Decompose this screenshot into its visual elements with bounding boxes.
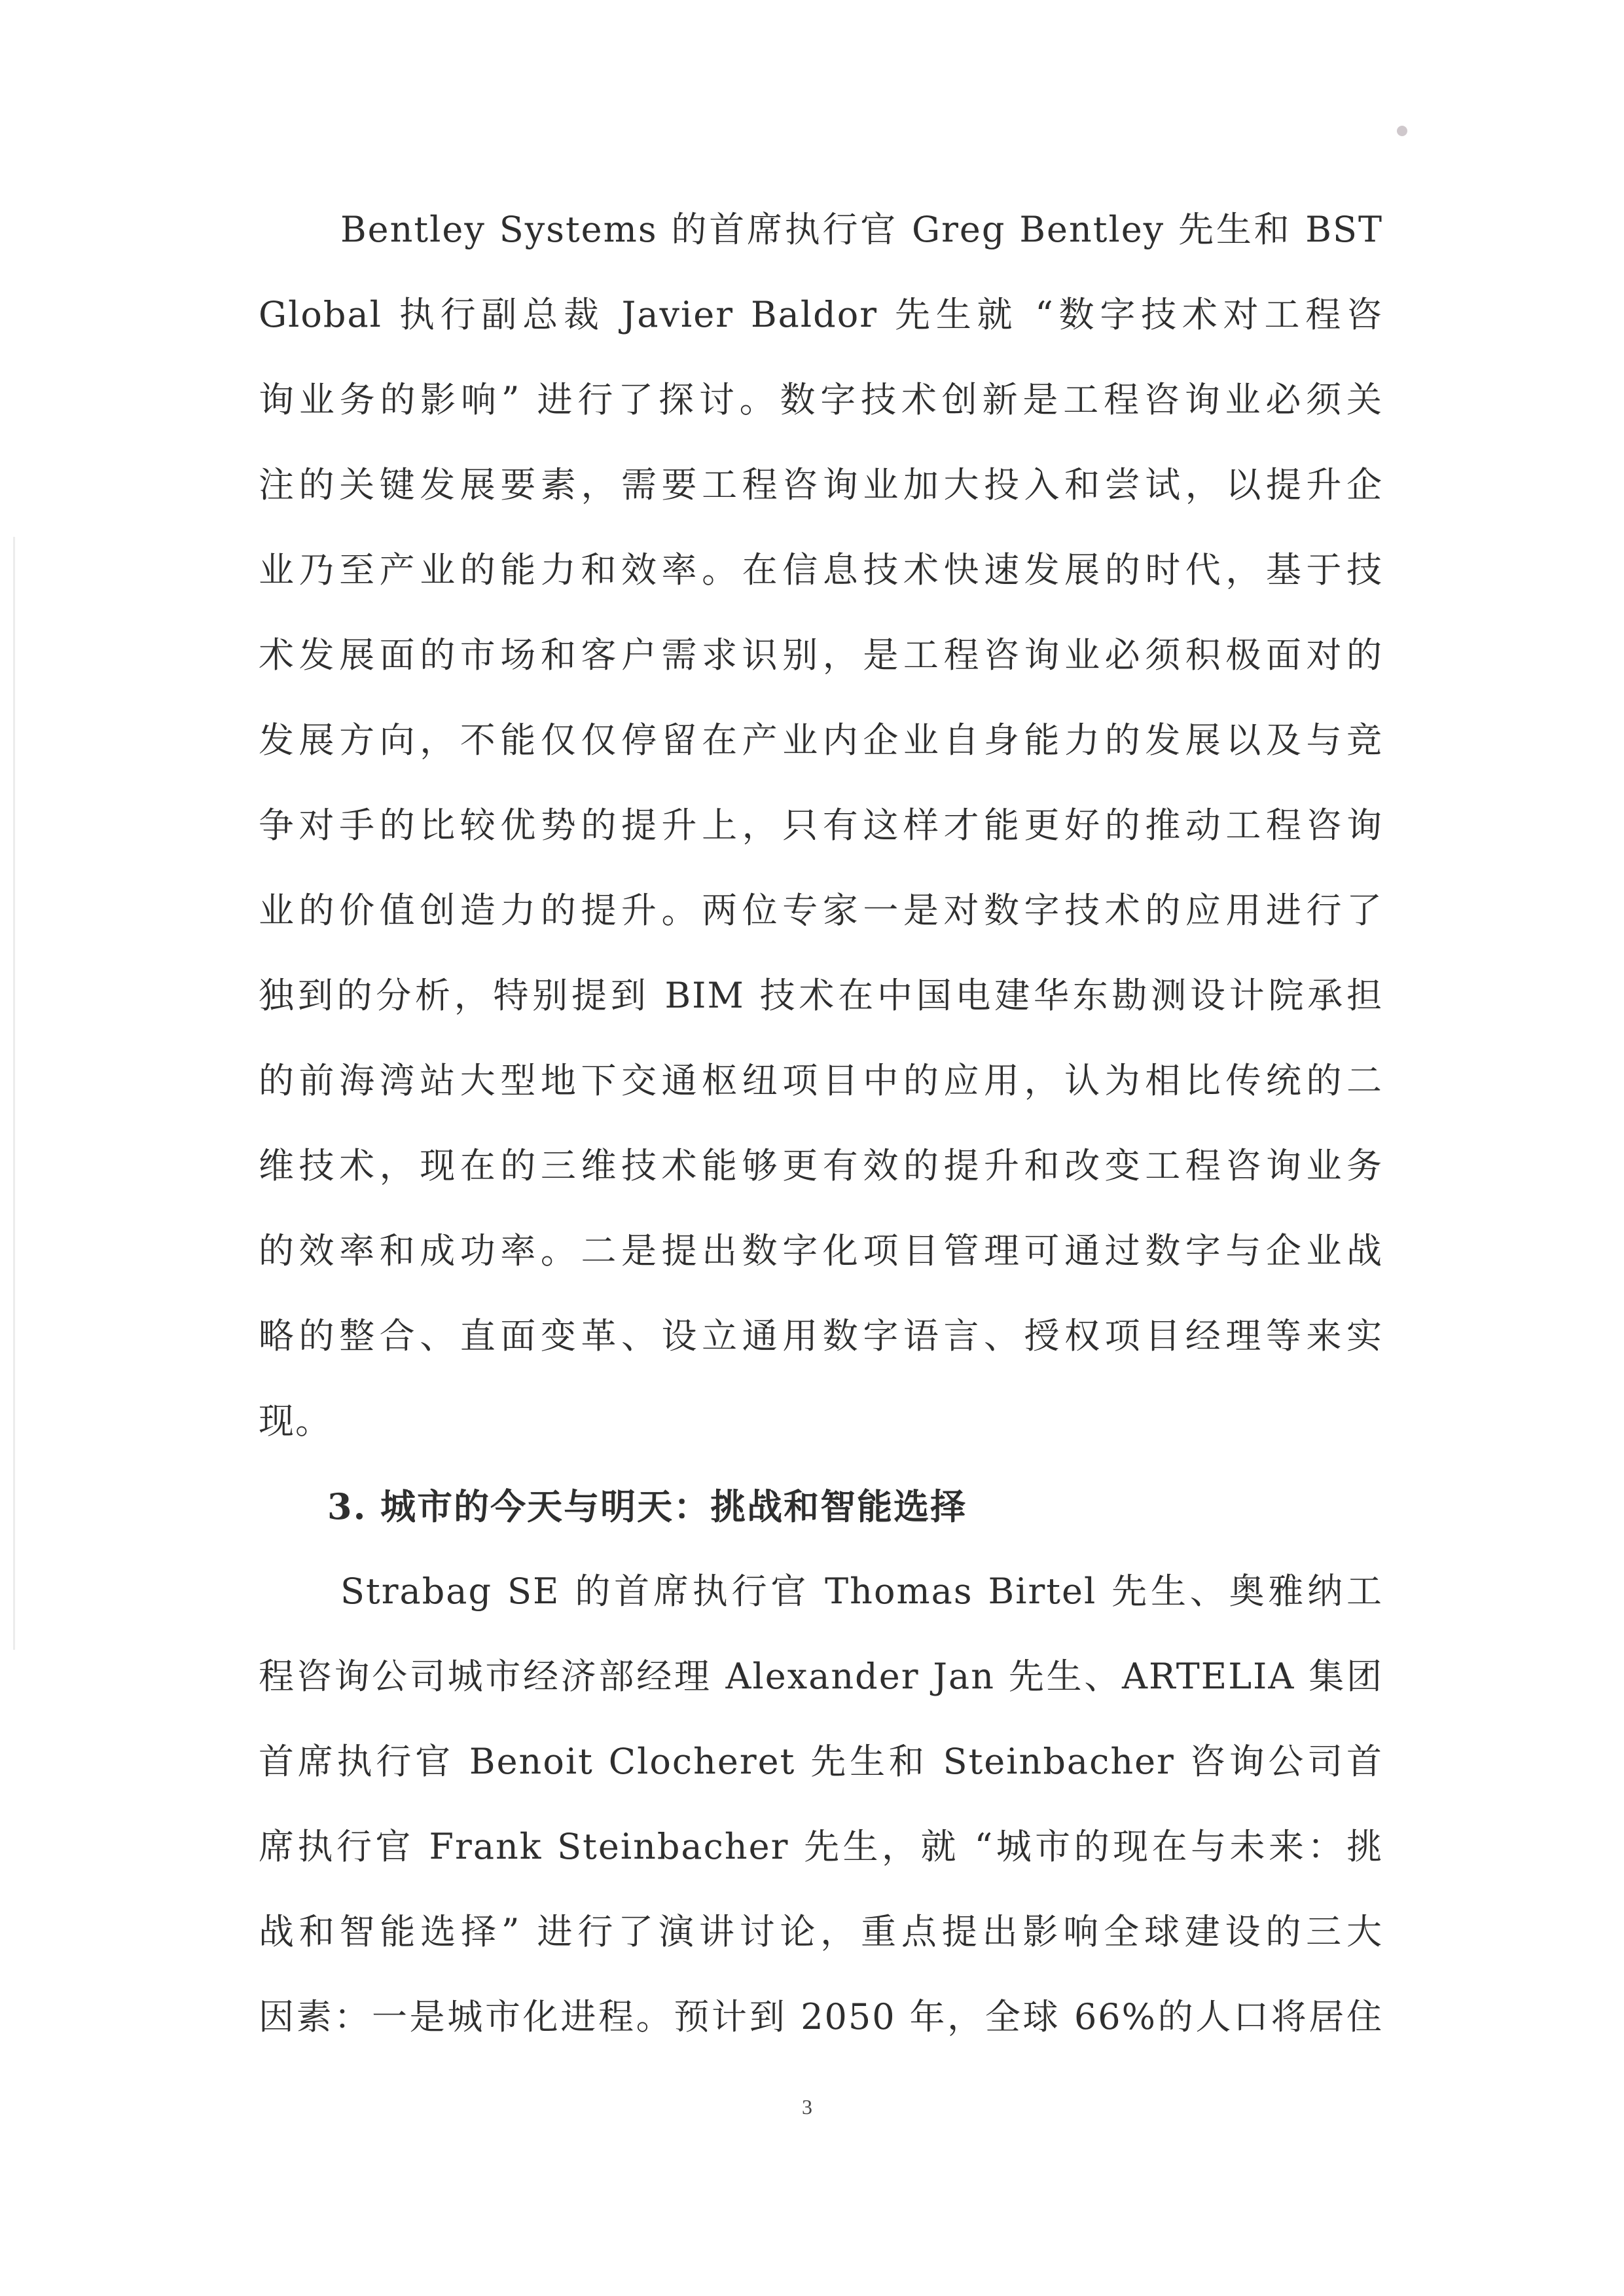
paragraph-1-line: 争对手的比较优势的提升上，只有这样才能更好的推动工程咨询 — [259, 799, 1383, 852]
paragraph-2-line: 因素：一是城市化进程。预计到 2050 年，全球 66%的人口将居住 — [259, 1991, 1383, 2043]
paragraph-1-line: 维技术，现在的三维技术能够更有效的提升和改变工程咨询业务 — [259, 1140, 1383, 1192]
paragraph-2-line: 首席执行官 Benoit Clocheret 先生和 Steinbacher 咨… — [259, 1736, 1383, 1788]
paragraph-1-line: 的效率和成功率。二是提出数字化项目管理可通过数字与企业战 — [259, 1225, 1383, 1277]
paragraph-1-line: Global 执行副总裁 Javier Baldor 先生就 “数字技术对工程咨 — [259, 289, 1383, 341]
paragraph-1-line: 业的价值创造力的提升。两位专家一是对数字技术的应用进行了 — [259, 884, 1383, 937]
scan-speck — [1397, 126, 1407, 136]
paragraph-2-line: 战和智能选择” 进行了演讲讨论，重点提出影响全球建设的三大 — [259, 1906, 1383, 1958]
paragraph-1-line: 询业务的影响” 进行了探讨。数字技术创新是工程咨询业必须关 — [259, 374, 1383, 426]
paragraph-2-line: 程咨询公司城市经济部经理 Alexander Jan 先生、ARTELIA 集团 — [259, 1650, 1383, 1703]
paragraph-1-line: 术发展面的市场和客户需求识别，是工程咨询业必须积极面对的 — [259, 629, 1383, 682]
paragraph-2-line: 席执行官 Frank Steinbacher 先生，就 “城市的现在与未来：挑 — [259, 1821, 1383, 1873]
paragraph-1-line: 略的整合、直面变革、设立通用数字语言、授权项目经理等来实 — [259, 1310, 1383, 1362]
paragraph-1-line: 业乃至产业的能力和效率。在信息技术快速发展的时代，基于技 — [259, 544, 1383, 596]
section-heading: 3. 城市的今天与明天：挑战和智能选择 — [327, 1480, 967, 1533]
paragraph-1-line: 现。 — [259, 1395, 1383, 1448]
paragraph-2-line: Strabag SE 的首席执行官 Thomas Birtel 先生、奥雅纳工 — [340, 1565, 1383, 1618]
paragraph-1-line: 发展方向，不能仅仅停留在产业内企业自身能力的发展以及与竞 — [259, 714, 1383, 767]
paragraph-1-line: Bentley Systems 的首席执行官 Greg Bentley 先生和 … — [340, 204, 1383, 256]
paragraph-1-line: 注的关键发展要素，需要工程咨询业加大投入和尝试，以提升企 — [259, 459, 1383, 511]
scan-edge-shadow — [13, 537, 15, 1650]
paragraph-1-line: 独到的分析，特别提到 BIM 技术在中国电建华东勘测设计院承担 — [259, 970, 1383, 1022]
paragraph-1-line: 的前海湾站大型地下交通枢纽项目中的应用，认为相比传统的二 — [259, 1055, 1383, 1107]
page-number: 3 — [802, 2095, 812, 2119]
